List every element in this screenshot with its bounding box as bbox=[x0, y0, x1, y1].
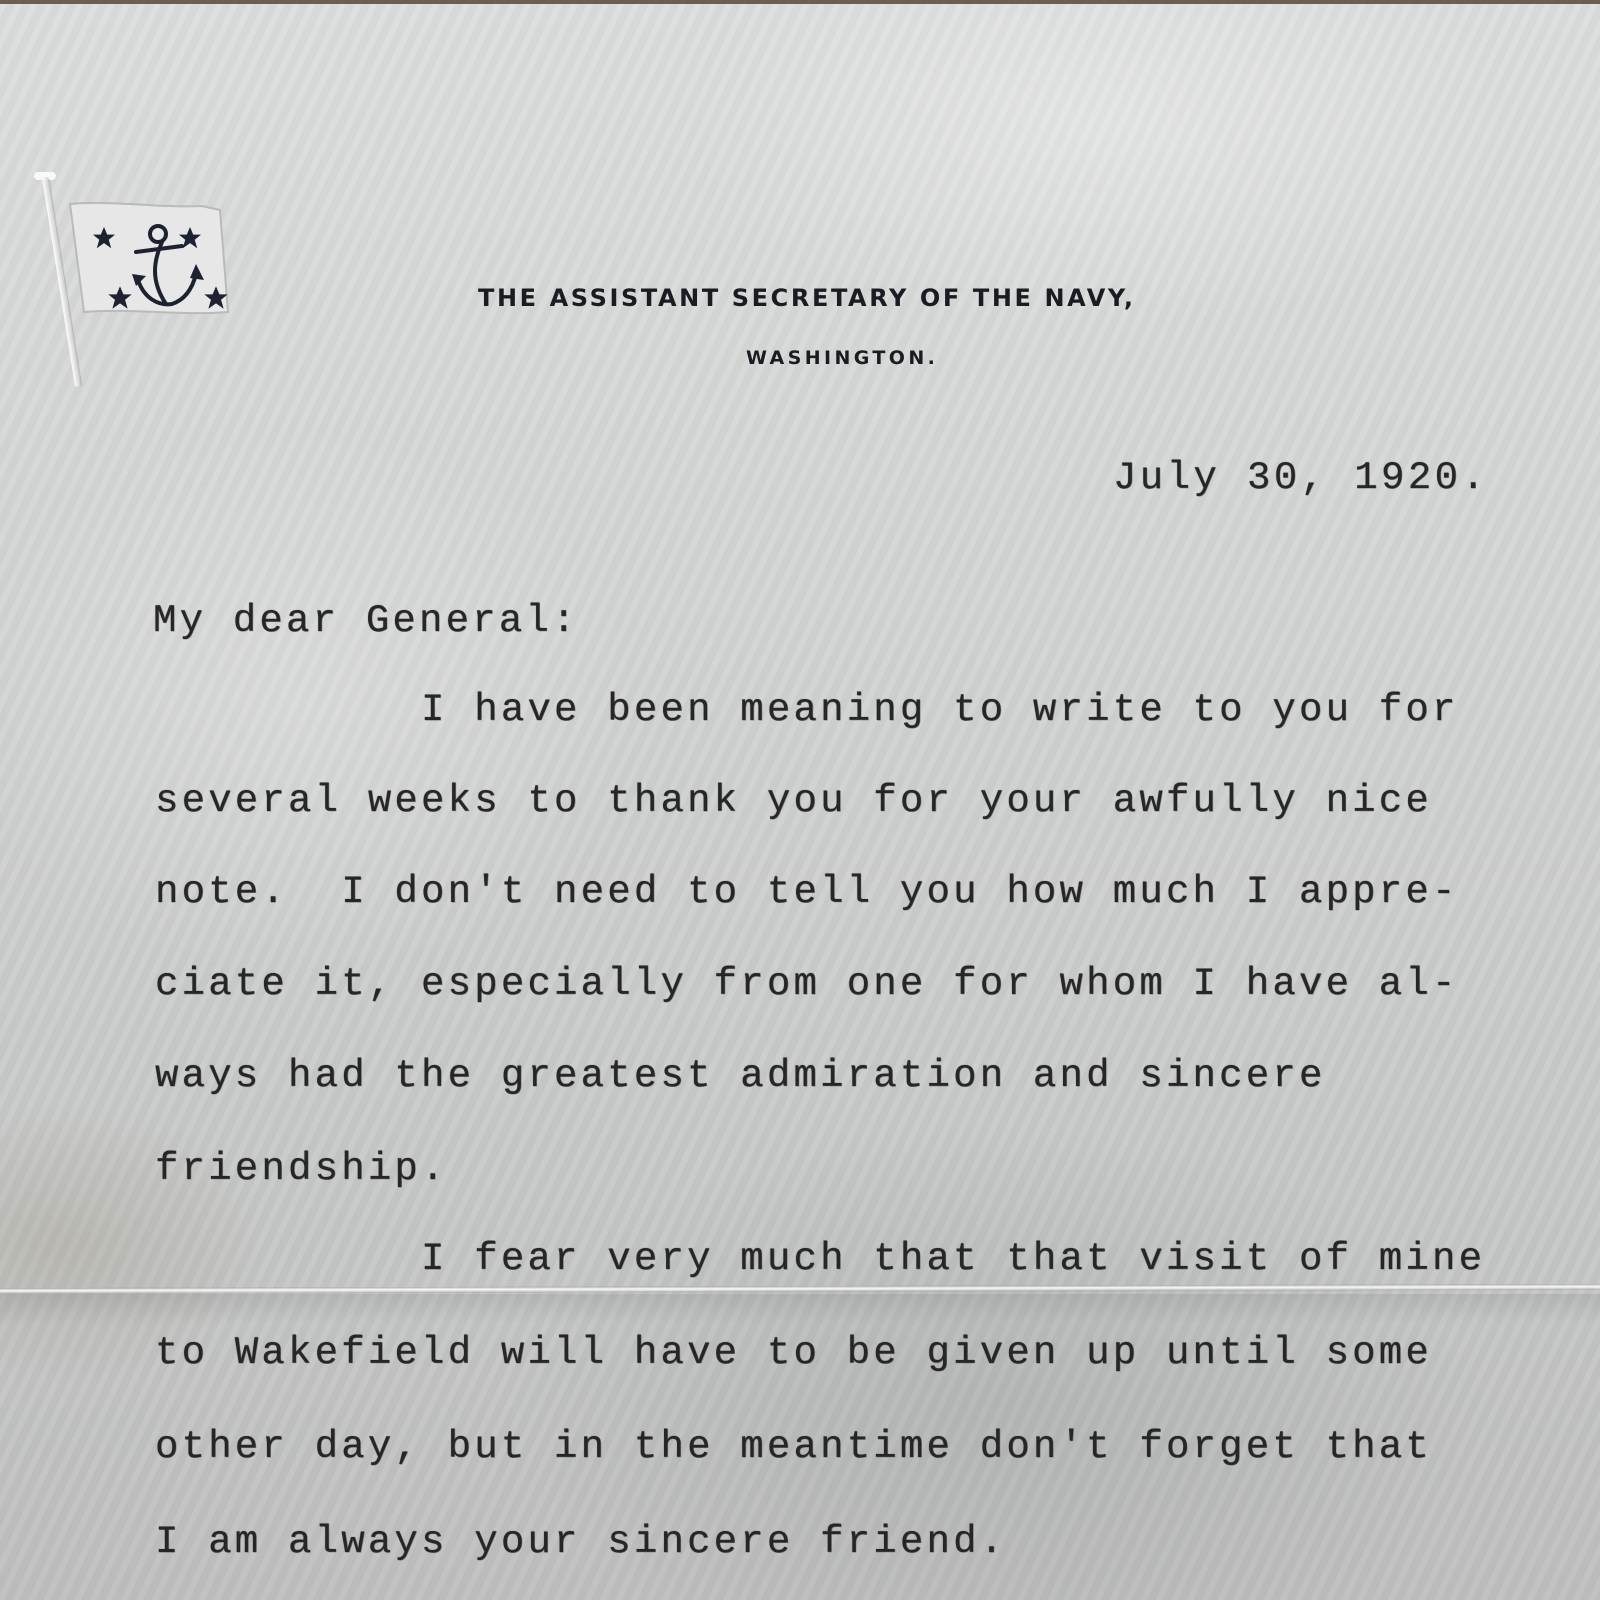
paper-fold-shadow bbox=[0, 1294, 1600, 1324]
body-line: to Wakefield will have to be given up un… bbox=[155, 1331, 1432, 1375]
letterhead-title: THE ASSISTANT SECRETARY OF THE NAVY, bbox=[478, 284, 1136, 312]
body-line: several weeks to thank you for your awfu… bbox=[155, 779, 1432, 823]
body-line: I fear very much that that visit of mine bbox=[155, 1237, 1485, 1281]
body-line: ciate it, especially from one for whom I… bbox=[155, 962, 1459, 1006]
body-line: friendship. bbox=[155, 1147, 448, 1191]
body-line: I am always your sincere friend. bbox=[155, 1520, 1006, 1564]
body-line: I have been meaning to write to you for bbox=[155, 688, 1459, 732]
body-line: other day, but in the meantime don't for… bbox=[155, 1425, 1432, 1469]
letter-date: July 30, 1920. bbox=[1113, 456, 1488, 500]
body-line: ways had the greatest admiration and sin… bbox=[155, 1054, 1326, 1098]
letter-paper: THE ASSISTANT SECRETARY OF THE NAVY, WAS… bbox=[0, 4, 1600, 1600]
paper-fold-crease bbox=[0, 1284, 1600, 1294]
letterhead-city: WASHINGTON. bbox=[746, 347, 938, 369]
navy-flag-emblem bbox=[28, 172, 248, 392]
body-line: note. I don't need to tell you how much … bbox=[155, 870, 1459, 914]
salutation: My dear General: bbox=[153, 599, 579, 643]
anchor-flag-icon bbox=[62, 200, 232, 335]
